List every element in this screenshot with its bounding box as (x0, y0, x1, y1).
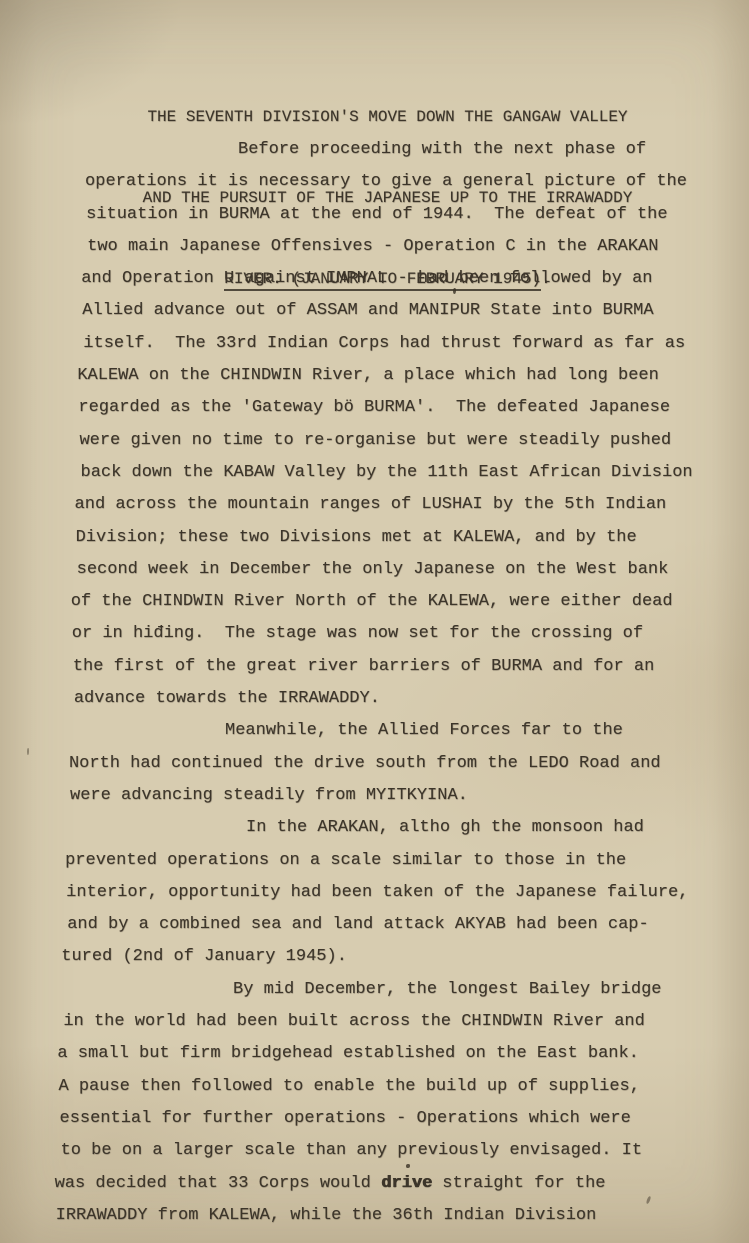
text-line: to be on a larger scale than any previou… (61, 1135, 749, 1167)
text-line: or in hiđing. The stage was now set for … (72, 618, 749, 650)
document-body: Before proceeding with the next phase of… (0, 134, 749, 1232)
text-line: Division; these two Divisions met at KAL… (76, 522, 749, 554)
text-line: second week in December the only Japanes… (77, 554, 749, 586)
text-line: A pause then followed to enable the buil… (58, 1071, 749, 1103)
text-line: In the ARAKAN, altho gh the monsoon had (246, 812, 749, 844)
text-line: back down the KABAW Valley by the 11th E… (81, 457, 749, 489)
text-line: was decided that 33 Corps would drive st… (55, 1168, 749, 1200)
text-line: By mid December, the longest Bailey brid… (233, 974, 749, 1006)
document-page: THE SEVENTH DIVISION'S MOVE DOWN THE GAN… (0, 0, 749, 1243)
text-line: and across the mountain ranges of LUSHAI… (75, 489, 749, 521)
text-line: Allied advance out of ASSAM and MANIPUR … (82, 295, 749, 327)
text-line: Before proceeding with the next phase of (238, 134, 749, 166)
text-line: prevented operations on a scale similar … (65, 845, 749, 877)
text-line: North had continued the drive south from… (69, 748, 749, 780)
title-line-1: THE SEVENTH DIVISION'S MOVE DOWN THE GAN… (26, 104, 749, 131)
text-line: operations it is necessary to give a gen… (85, 166, 749, 198)
text-line: IRRAWADDY from KALEWA, while the 36th In… (56, 1200, 749, 1232)
text-line: itself. The 33rd Indian Corps had thrust… (83, 328, 749, 360)
text-line: the first of the great river barriers of… (73, 651, 749, 683)
text-line: advance towards the IRRAWADDY. (74, 683, 749, 715)
text-line: situation in BURMA at the end of 1944. T… (86, 199, 749, 231)
text-line: in the world had been built across the C… (63, 1006, 749, 1038)
text-line: and Operation U against IMPHAL - had bee… (81, 263, 749, 295)
text-line: essential for further operations - Opera… (60, 1103, 749, 1135)
text-line: were advancing steadily from MYITKYINA. (70, 780, 749, 812)
text-line: Meanwhile, the Allied Forces far to the (225, 715, 749, 747)
text-line: and by a combined sea and land attack AK… (67, 909, 749, 941)
ink-speck (406, 1164, 410, 1168)
ink-speck (453, 288, 456, 294)
text-line: KALEWA on the CHINDWIN River, a place wh… (77, 360, 749, 392)
ink-speck (27, 748, 29, 755)
text-line: a small but firm bridgehead established … (57, 1038, 749, 1070)
text-line: regarded as the 'Gateway bö BURMA'. The … (78, 392, 749, 424)
text-line: interior, opportunity had been taken of … (66, 877, 749, 909)
text-line: tured (2nd of January 1945). (61, 941, 749, 973)
text-line: were given no time to re-organise but we… (79, 425, 749, 457)
text-line: of the CHINDWIN River North of the KALEW… (71, 586, 749, 618)
text-line: two main Japanese Offensives - Operation… (87, 231, 749, 263)
